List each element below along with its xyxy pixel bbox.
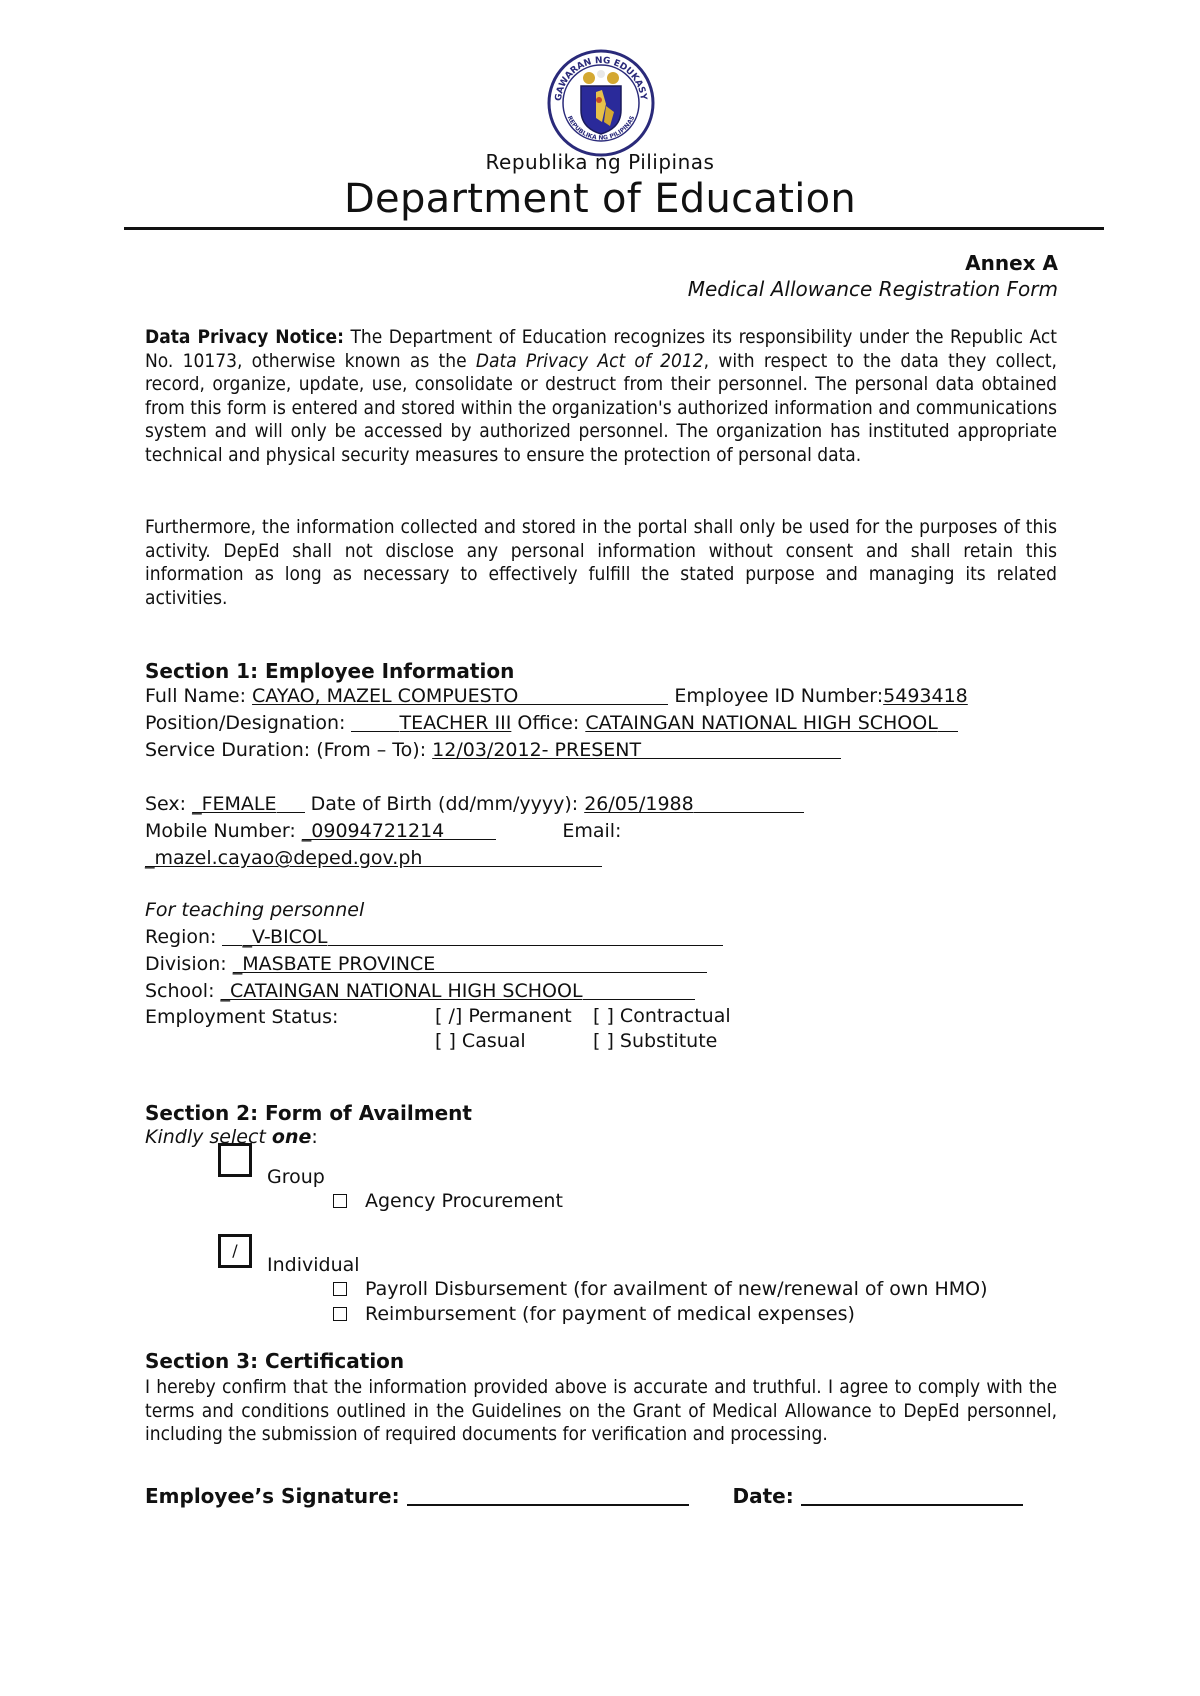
sex-field[interactable]: _FEMALE: [192, 793, 276, 815]
employment-status-options: [ /] Permanent[ ] Contractual [ ] Casual…: [435, 1004, 751, 1054]
section3-title: Section 3: Certification: [145, 1348, 404, 1375]
service-row: Service Duration: (From – To): 12/03/201…: [145, 737, 841, 764]
region-field[interactable]: _V-BICOL: [242, 926, 327, 948]
privacy-label: Data Privacy Notice:: [145, 326, 344, 348]
sex-blank: [277, 793, 305, 813]
instruction-prefix: Kindly select: [145, 1126, 272, 1148]
division-blank: [435, 953, 707, 973]
date-label: Date:: [733, 1484, 794, 1508]
school-field[interactable]: _CATAINGAN NATIONAL HIGH SCHOOL: [221, 980, 583, 1002]
status-substitute[interactable]: [ ] Substitute: [593, 1029, 751, 1054]
status-permanent-checkbox[interactable]: [ /]: [435, 1005, 462, 1027]
status-substitute-label: Substitute: [620, 1030, 717, 1052]
certification-text: I hereby confirm that the information pr…: [145, 1376, 1057, 1447]
dob-field[interactable]: 26/05/1988: [584, 793, 694, 815]
division-field[interactable]: _MASBATE PROVINCE: [233, 953, 436, 975]
school-blank: [583, 980, 695, 1000]
division-row: Division: _MASBATE PROVINCE: [145, 951, 707, 978]
payroll-disbursement-label: Payroll Disbursement (for availment of n…: [365, 1278, 988, 1300]
signature-row: Employee’s Signature: Date:: [145, 1484, 1023, 1508]
region-row: Region: _V-BICOL: [145, 924, 723, 951]
dob-blank: [694, 793, 804, 813]
office-label: Office:: [511, 712, 585, 734]
employee-id-label: Employee ID Number:: [668, 685, 883, 707]
division-label: Division:: [145, 953, 233, 975]
deped-seal-icon: KAGAWARAN NG EDUKASYON REPUBLIKA NG PILI…: [546, 48, 656, 158]
office-field[interactable]: CATAINGAN NATIONAL HIGH SCHOOL: [585, 712, 938, 734]
sex-dob-row: Sex: _FEMALE Date of Birth (dd/mm/yyyy):…: [145, 791, 804, 818]
status-substitute-checkbox[interactable]: [ ]: [593, 1030, 614, 1052]
payroll-disbursement-checkbox[interactable]: [333, 1282, 347, 1296]
sex-label: Sex:: [145, 793, 192, 815]
date-field[interactable]: [801, 1484, 1023, 1506]
position-row: Position/Designation: TEACHER III Office…: [145, 710, 958, 737]
group-label: Group: [267, 1164, 325, 1191]
agency-procurement-label: Agency Procurement: [365, 1190, 563, 1212]
status-casual[interactable]: [ ] Casual: [435, 1029, 593, 1054]
full-name-blank: [518, 685, 668, 705]
agency-procurement-checkbox[interactable]: [333, 1194, 347, 1208]
mobile-blank: [444, 820, 496, 840]
group-checkbox[interactable]: [218, 1143, 252, 1177]
status-casual-checkbox[interactable]: [ ]: [435, 1030, 456, 1052]
signature-label: Employee’s Signature:: [145, 1484, 400, 1508]
employment-status-label: Employment Status:: [145, 1004, 338, 1031]
data-privacy-notice: Data Privacy Notice: The Department of E…: [145, 326, 1057, 467]
service-field[interactable]: 12/03/2012- PRESENT: [432, 739, 641, 761]
service-blank: [641, 739, 841, 759]
individual-label: Individual: [267, 1252, 360, 1279]
region-pre-blank: [222, 926, 242, 946]
position-label: Position/Designation:: [145, 712, 351, 734]
service-label: Service Duration: (From – To):: [145, 739, 432, 761]
dob-label: Date of Birth (dd/mm/yyyy):: [305, 793, 585, 815]
instruction-suffix: :: [311, 1126, 317, 1148]
status-contractual-label: Contractual: [620, 1005, 731, 1027]
header-divider: [124, 227, 1104, 230]
email-label: Email:: [562, 820, 621, 842]
school-row: School: _CATAINGAN NATIONAL HIGH SCHOOL: [145, 978, 695, 1005]
payroll-disbursement-option[interactable]: Payroll Disbursement (for availment of n…: [333, 1276, 988, 1303]
school-label: School:: [145, 980, 221, 1002]
section1-title: Section 1: Employee Information: [145, 658, 514, 685]
form-title: Medical Allowance Registration Form: [688, 277, 1058, 301]
privacy-paragraph-2: Furthermore, the information collected a…: [145, 516, 1057, 610]
status-contractual-checkbox[interactable]: [ ]: [593, 1005, 614, 1027]
full-name-field[interactable]: CAYAO, MAZEL COMPUESTO: [252, 685, 518, 707]
republic-heading: Republika ng Pilipinas: [0, 150, 1200, 174]
individual-checkbox[interactable]: /: [218, 1234, 252, 1268]
section2-title: Section 2: Form of Availment: [145, 1100, 472, 1127]
office-blank: [938, 712, 958, 732]
status-contractual[interactable]: [ ] Contractual: [593, 1004, 751, 1029]
instruction-emphasis: one: [272, 1126, 311, 1148]
full-name-row: Full Name: CAYAO, MAZEL COMPUESTO Employ…: [145, 683, 968, 710]
agency-procurement-option[interactable]: Agency Procurement: [333, 1188, 563, 1215]
full-name-label: Full Name:: [145, 685, 252, 707]
signature-field[interactable]: [407, 1484, 689, 1506]
mobile-row: Mobile Number: _09094721214 Email:: [145, 818, 621, 845]
position-field[interactable]: TEACHER III: [399, 712, 511, 734]
region-label: Region:: [145, 926, 222, 948]
mobile-label: Mobile Number:: [145, 820, 302, 842]
position-blank: [351, 712, 399, 732]
department-title: Department of Education: [0, 176, 1200, 222]
email-field[interactable]: _mazel.cayao@deped.gov.ph: [145, 847, 422, 869]
region-blank: [328, 926, 723, 946]
status-permanent-label: Permanent: [468, 1005, 571, 1027]
status-permanent[interactable]: [ /] Permanent: [435, 1004, 593, 1029]
reimbursement-label: Reimbursement (for payment of medical ex…: [365, 1303, 855, 1325]
privacy-act-name: Data Privacy Act of 2012: [476, 350, 704, 372]
employee-id-field[interactable]: 5493418: [883, 685, 968, 707]
mobile-field[interactable]: _09094721214: [302, 820, 444, 842]
reimbursement-checkbox[interactable]: [333, 1307, 347, 1321]
status-casual-label: Casual: [462, 1030, 526, 1052]
reimbursement-option[interactable]: Reimbursement (for payment of medical ex…: [333, 1301, 855, 1328]
teaching-personnel-heading: For teaching personnel: [145, 897, 364, 924]
annex-label: Annex A: [965, 251, 1058, 275]
email-row: _mazel.cayao@deped.gov.ph: [145, 845, 602, 872]
email-blank: [422, 847, 602, 867]
